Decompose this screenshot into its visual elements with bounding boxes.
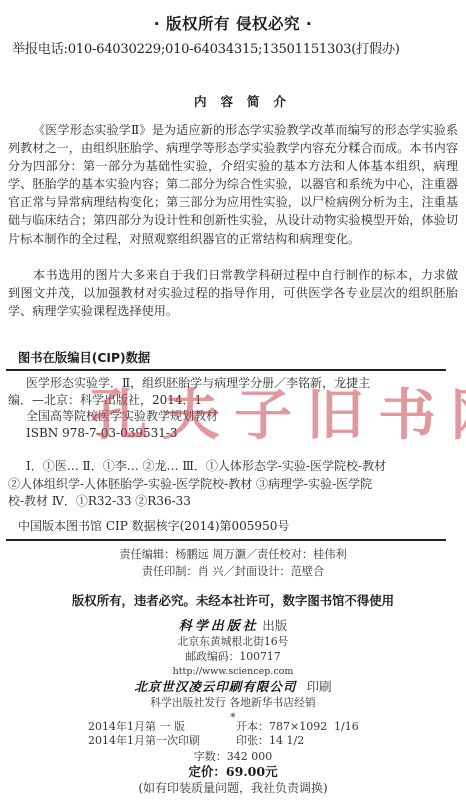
- printer-line: 北京世汉凌云印刷有限公司 印刷: [0, 679, 466, 695]
- cip-classification-line: Ⅰ．①医… Ⅱ．①李… ②龙… Ⅲ．①人体形态学-实验-医学院校-教材: [8, 458, 458, 476]
- cip-heading: 图书在版编目(CIP)数据: [18, 348, 150, 366]
- credits-line-2: 责任印制：肖 兴／封面设计：范壁合: [0, 563, 466, 580]
- publisher-address: 北京东黄城根北街16号: [0, 634, 466, 649]
- publisher-role: 出版: [262, 618, 287, 633]
- printer-name: 北京世汉凌云印刷有限公司: [134, 679, 296, 694]
- intro-paragraph-2: 本书选用的图片大多来自于我们日常教学科研过程中自行制作的标本，力求做到图文并茂，…: [8, 266, 458, 320]
- editorial-credits: 责任编辑：杨鹏远 周万灏／责任校对：桂伟利 责任印制：肖 兴／封面设计：范壁合: [0, 546, 466, 580]
- publisher-url: http://www.sciencep.com: [0, 664, 466, 679]
- credits-line-1: 责任编辑：杨鹏远 周万灏／责任校对：桂伟利: [0, 546, 466, 563]
- rights-statement: 版权所有，违者必究。未经本社许可，数字图书馆不得使用: [0, 591, 466, 609]
- copyright-notice: · 版权所有 侵权必究 ·: [0, 12, 466, 34]
- exchange-note: (如有印装质量问题，我社负责调换): [0, 779, 466, 796]
- price: 定价：69.00元: [0, 762, 466, 780]
- print-sheets: 印张：14 1/2: [236, 734, 304, 748]
- watermark: 孔夫子旧书网: [90, 370, 466, 450]
- cip-record-number: 中国版本图书馆 CIP 数据核字(2014)第005950号: [18, 517, 289, 534]
- printer-role: 印刷: [307, 679, 332, 694]
- first-edition: 2014年1月第 一 版: [88, 720, 185, 733]
- cip-classification-line: ②人体组织学-人体胚胎学-实验-医学院校-教材 ③病理学-实验-医学院: [8, 476, 458, 494]
- publisher-info: 科学出版社 出版 北京东黄城根北街16号 邮政编码：100717 http://…: [0, 618, 466, 725]
- publisher-name: 科学出版社: [179, 619, 259, 634]
- distribution-info: 科学出版社发行 各地新华书店经销: [0, 695, 466, 710]
- intro-heading: 内容简介: [0, 92, 466, 110]
- edition-info: 2014年1月第 一 版 开本：787×1092 1/16 2014年1月第一次…: [88, 720, 388, 748]
- format-size: 开本：787×1092: [236, 720, 327, 734]
- intro-paragraph-1-text: 《医学形态实验学Ⅱ》是为适应新的形态学实验教学改革而编写的形态学实验系列教材之一…: [8, 121, 458, 248]
- publisher-postcode: 邮政编码：100717: [0, 649, 466, 664]
- intro-paragraph-1: 《医学形态实验学Ⅱ》是为适应新的形态学实验教学改革而编写的形态学实验系列教材之一…: [8, 121, 458, 248]
- report-hotline: 举报电话:010-64030229;010-64034315;135011513…: [12, 38, 400, 57]
- edition-row-1: 2014年1月第 一 版 开本：787×1092 1/16: [88, 720, 388, 734]
- publisher-line: 科学出版社 出版: [0, 618, 466, 634]
- cip-classification: Ⅰ．①医… Ⅱ．①李… ②龙… Ⅲ．①人体形态学-实验-医学院校-教材 ②人体组…: [8, 458, 458, 511]
- cip-classification-line: 校-教材 Ⅳ．①R32-33 ②R36-33: [8, 493, 458, 511]
- intro-paragraph-2-text: 本书选用的图片大多来自于我们日常教学科研过程中自行制作的标本，力求做到图文并茂，…: [8, 266, 458, 320]
- divider-bottom: [6, 539, 446, 541]
- edition-row-2: 2014年1月第一次印刷 印张：14 1/2: [88, 734, 388, 748]
- first-print: 2014年1月第一次印刷: [88, 734, 200, 747]
- format-fraction: 1/16: [334, 720, 359, 734]
